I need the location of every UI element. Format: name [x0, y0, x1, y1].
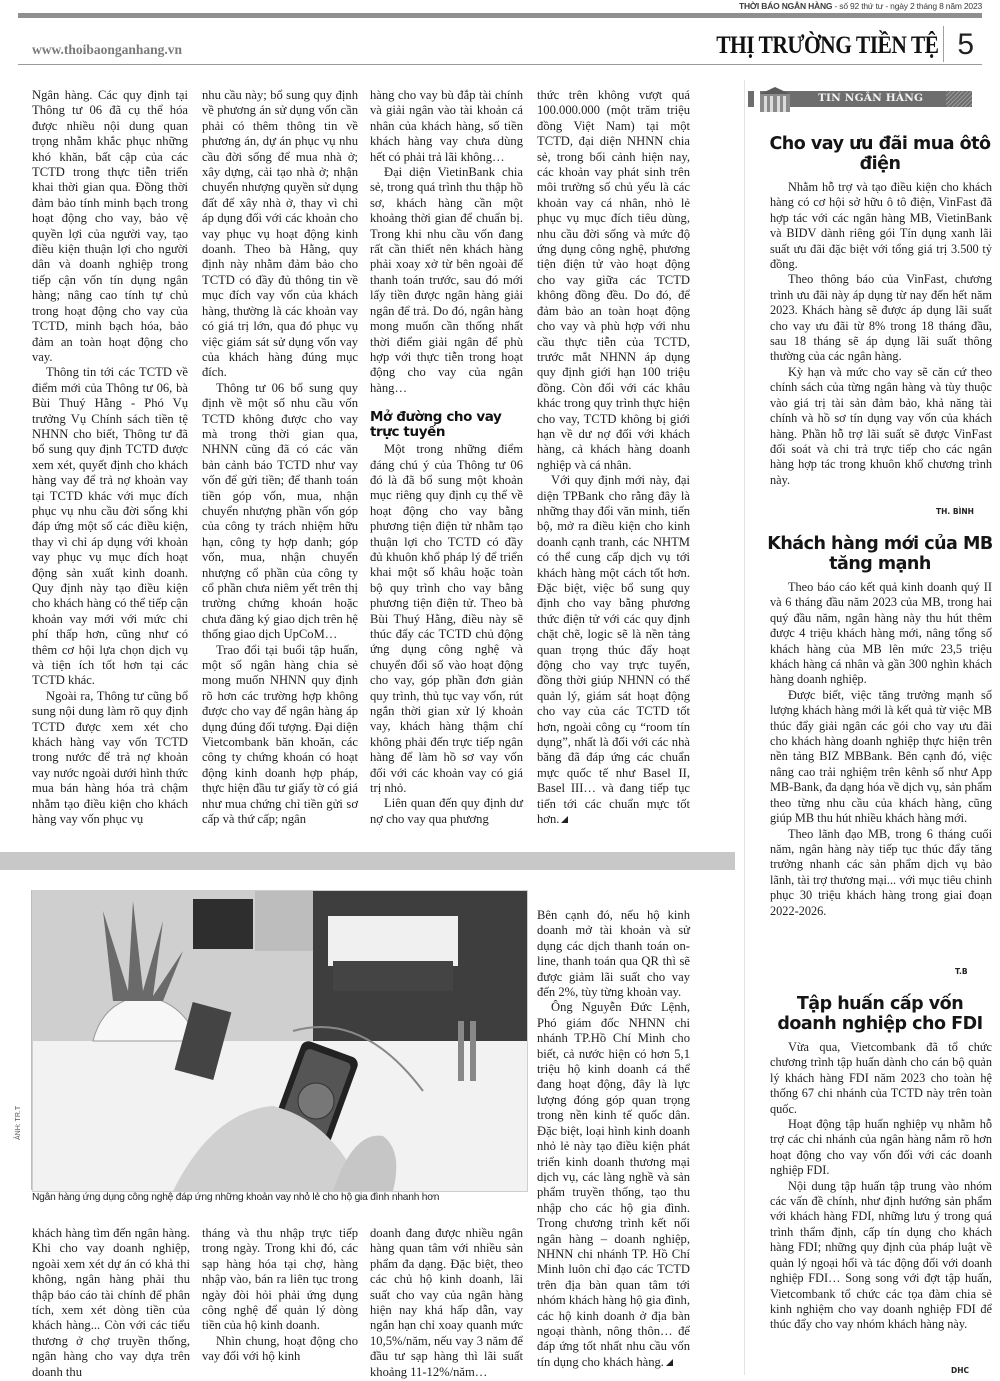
paragraph: khách hàng tìm đến ngân hàng. Khi cho va… [32, 1226, 190, 1380]
paragraph: Ông Nguyễn Đức Lệnh, Phó giám đốc NHNN c… [537, 1000, 690, 1370]
main-article-col-3: hàng cho vay bù đắp tài chính và giải ng… [370, 88, 523, 827]
paragraph: Bên cạnh đó, nếu hộ kinh doanh mở tài kh… [537, 908, 690, 1000]
paragraph: Hoạt động tập huấn nghiệp vụ nhằm hỗ trợ… [770, 1117, 992, 1179]
masthead: www.thoibaonganhang.vn THỊ TRƯỜNG TIỀN T… [18, 18, 982, 65]
photo-credit: ẢNH: TR.T [15, 1106, 22, 1140]
end-mark-icon [561, 816, 568, 823]
paragraph: Liên quan đến quy định dư nợ cho vay qua… [370, 796, 523, 827]
paragraph: Kỳ hạn và mức cho vay sẽ căn cứ theo chí… [770, 365, 992, 488]
paragraph: tháng và thu nhập trực tiếp trong ngày. … [202, 1226, 358, 1334]
subheading: Mở đường cho vay trực tuyến [370, 410, 523, 440]
banner-hatch [946, 91, 972, 107]
paragraph: Nhìn chung, hoạt động cho vay đối với hộ… [202, 1334, 358, 1365]
issue-info: THỜI BÁO NGÂN HÀNG - số 92 thứ tư - ngày… [739, 1, 982, 11]
sidebar-divider [744, 80, 745, 1375]
photo-caption: Ngân hàng ứng dụng công nghệ đáp ứng nhữ… [32, 1192, 439, 1203]
banner-label: TIN NGÂN HÀNG [818, 92, 923, 104]
paragraph: Nhằm hỗ trợ và tạo điều kiện cho khách h… [770, 180, 992, 272]
sidebar-story-1-body: Nhằm hỗ trợ và tạo điều kiện cho khách h… [770, 180, 992, 488]
sidebar-story-2-byline: T.B [955, 967, 968, 976]
issue-line: THỜI BÁO NGÂN HÀNG - số 92 thứ tư - ngày… [0, 0, 1000, 14]
section-divider-band [0, 852, 735, 870]
banner-edge [748, 91, 754, 107]
sidebar-story-2-body: Theo báo cáo kết quả kinh doanh quý II v… [770, 580, 992, 919]
paragraph: doanh đang được nhiều ngân hàng quan tâm… [370, 1226, 523, 1380]
second-article-col-2: tháng và thu nhập trực tiếp trong ngày. … [202, 1226, 358, 1365]
second-article-col-3: doanh đang được nhiều ngân hàng quan tâm… [370, 1226, 523, 1380]
paragraph: Thông tư 06 bổ sung quy định về một số n… [202, 381, 358, 643]
paragraph: Vừa qua, Vietcombank đã tổ chức chương t… [770, 1040, 992, 1117]
sidebar-story-1-title[interactable]: Cho vay ưu đãi mua ôtô điện [766, 134, 994, 174]
paragraph: Theo lãnh đạo MB, trong 6 tháng cuối năm… [770, 827, 992, 919]
main-article-col-4: thức trên không vượt quá 100.000.000 (mộ… [537, 88, 690, 828]
paragraph: Ngoài ra, Thông tư cũng bổ sung nội dung… [32, 689, 188, 828]
paragraph: Với quy định mới này, đại diện TPBank ch… [537, 473, 690, 827]
paragraph: Thông tin tới các TCTD về điểm mới của T… [32, 365, 188, 689]
paragraph: Nội dung tập huấn tập trung vào nhóm các… [770, 1179, 992, 1333]
photo-illustration [33, 891, 527, 1191]
bank-building-icon [758, 86, 792, 112]
sidebar-story-2-title[interactable]: Khách hàng mới của MB tăng mạnh [766, 534, 994, 574]
paragraph: hàng cho vay bù đắp tài chính và giải ng… [370, 88, 523, 165]
sidebar-story-1-byline: TH. BÌNH [936, 507, 974, 516]
paragraph: nhu cầu này; bổ sung quy định về phương … [202, 88, 358, 381]
paragraph: thức trên không vượt quá 100.000.000 (mộ… [537, 88, 690, 473]
paragraph: Theo thông báo của VinFast, chương trình… [770, 272, 992, 364]
paragraph-text: Với quy định mới này, đại diện TPBank ch… [537, 473, 690, 826]
paragraph: Một trong những điểm đáng chú ý của Thôn… [370, 442, 523, 796]
second-article-col-1: khách hàng tìm đến ngân hàng. Khi cho va… [32, 1226, 190, 1380]
page-number: 5 [957, 28, 974, 62]
issue-details: - số 92 thứ tư - ngày 2 tháng 8 năm 2023 [832, 1, 982, 11]
page-number-divider [943, 26, 944, 62]
sidebar-banner: TIN NGÂN HÀNG [748, 86, 980, 110]
article-photo[interactable] [32, 890, 528, 1192]
section-title: THỊ TRƯỜNG TIỀN TỆ [716, 32, 938, 60]
paragraph: Ngân hàng. Các quy định tại Thông tư 06 … [32, 88, 188, 365]
paragraph: Trao đổi tại buổi tập huấn, một số ngân … [202, 643, 358, 828]
paragraph-text: Ông Nguyễn Đức Lệnh, Phó giám đốc NHNN c… [537, 1000, 690, 1368]
second-article-col-right: Bên cạnh đó, nếu hộ kinh doanh mở tài kh… [537, 908, 690, 1370]
publication-name: THỜI BÁO NGÂN HÀNG [739, 1, 832, 11]
sidebar-story-3-body: Vừa qua, Vietcombank đã tổ chức chương t… [770, 1040, 992, 1333]
end-mark-icon [666, 1359, 673, 1366]
main-article-col-1: Ngân hàng. Các quy định tại Thông tư 06 … [32, 88, 188, 828]
paragraph: Đại diện VietinBank chia sẻ, trong quá t… [370, 165, 523, 396]
sidebar-story-3-title[interactable]: Tập huấn cấp vốn doanh nghiệp cho FDI [766, 994, 994, 1034]
website-url[interactable]: www.thoibaonganhang.vn [32, 42, 182, 58]
sidebar-story-3-byline: DHC [951, 1366, 969, 1375]
paragraph: Theo báo cáo kết quả kinh doanh quý II v… [770, 580, 992, 688]
paragraph: Được biết, việc tăng trưởng mạnh số lượn… [770, 688, 992, 827]
main-article-col-2: nhu cầu này; bổ sung quy định về phương … [202, 88, 358, 828]
